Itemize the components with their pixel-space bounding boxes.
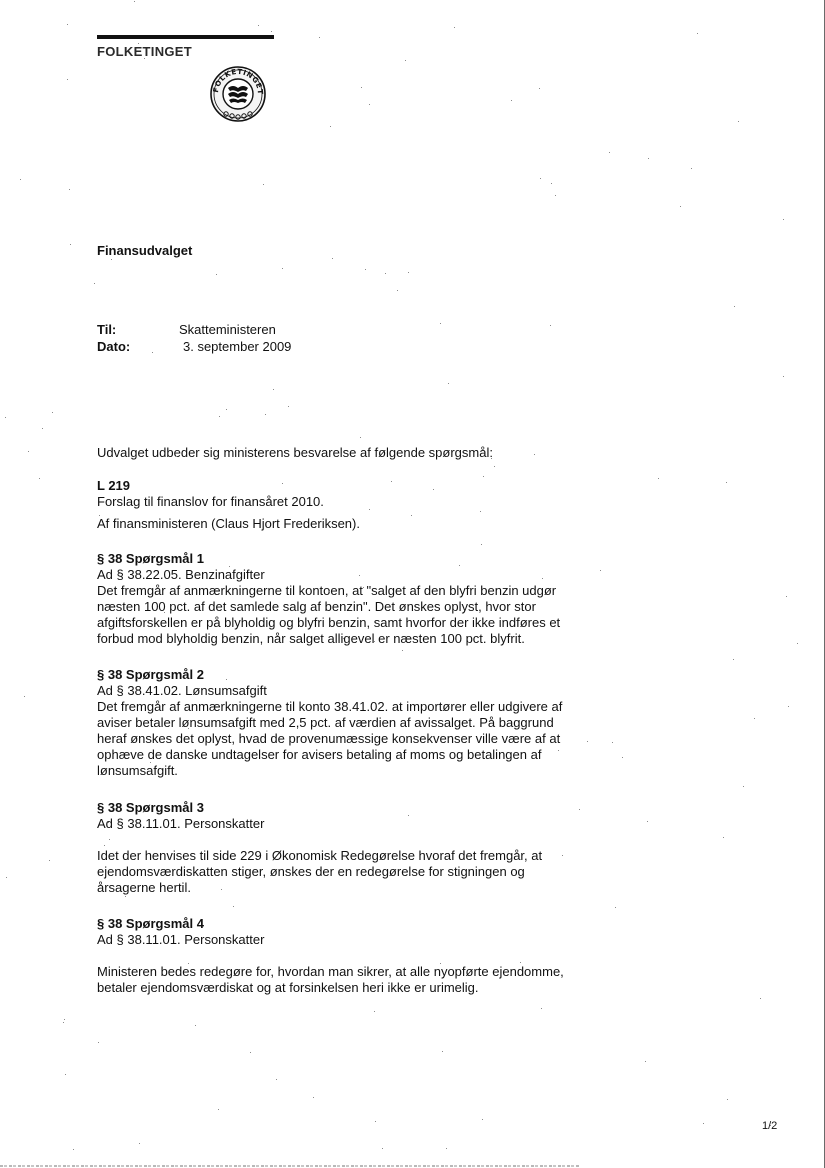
recipient-label: Til: <box>97 321 179 338</box>
scan-speck <box>680 206 681 207</box>
question-body: Ministeren bedes redegøre for, hvordan m… <box>97 964 577 996</box>
question-3: § 38 Spørgsmål 3 Ad § 38.11.01. Personsk… <box>97 800 577 896</box>
question-2: § 38 Spørgsmål 2 Ad § 38.41.02. Lønsumsa… <box>97 667 577 779</box>
scan-speck <box>727 1099 728 1100</box>
scan-speck <box>385 273 386 274</box>
scan-speck <box>788 706 789 707</box>
scan-speck <box>188 343 189 344</box>
question-title: § 38 Spørgsmål 3 <box>97 800 577 816</box>
scan-speck <box>540 178 541 179</box>
scan-speck <box>551 183 552 184</box>
date-value: 3. september 2009 <box>179 338 291 355</box>
scan-speck <box>365 269 366 270</box>
question-title: § 38 Spørgsmål 1 <box>97 551 577 567</box>
scan-speck <box>188 728 189 729</box>
scan-speck <box>164 612 165 613</box>
scan-speck <box>94 283 95 284</box>
scan-speck <box>271 31 272 32</box>
scan-speck <box>481 544 482 545</box>
scan-speck <box>69 189 70 190</box>
scan-speck <box>408 272 409 273</box>
scan-speck <box>65 1074 66 1075</box>
question-title: § 38 Spørgsmål 4 <box>97 916 577 932</box>
scan-speck <box>138 43 139 44</box>
scan-speck <box>648 158 649 159</box>
intro-text: Udvalget udbeder sig ministerens besvare… <box>97 445 493 460</box>
scan-speck <box>534 454 535 455</box>
bill-block: L 219 Forslag til finanslov for finansår… <box>97 478 360 532</box>
scan-speck <box>276 1079 277 1080</box>
scan-speck <box>70 244 71 245</box>
scan-speck <box>20 179 21 180</box>
scan-speck <box>221 889 222 890</box>
scan-speck <box>391 481 392 482</box>
scan-speck <box>783 376 784 377</box>
scan-speck <box>263 184 264 185</box>
scan-speck <box>369 104 370 105</box>
scan-speck <box>332 258 333 259</box>
scan-speck <box>104 845 105 846</box>
folketinget-seal-icon: FOLKETINGET <box>202 60 274 124</box>
scan-speck <box>440 963 441 964</box>
scan-speck <box>446 1148 447 1149</box>
question-4: § 38 Spørgsmål 4 Ad § 38.11.01. Personsk… <box>97 916 577 996</box>
scan-speck <box>329 591 330 592</box>
scan-speck <box>360 437 361 438</box>
scan-speck <box>258 25 259 26</box>
scan-speck <box>195 1025 196 1026</box>
scan-speck <box>273 389 274 390</box>
scan-speck <box>734 306 735 307</box>
scan-speck <box>555 195 556 196</box>
scan-speck <box>359 972 360 973</box>
document-page: FOLKETINGET FOLKETINGET Finansudva <box>0 0 825 1168</box>
scan-speck <box>770 1125 771 1126</box>
scan-speck <box>448 383 449 384</box>
scan-speck <box>697 33 698 34</box>
scan-speck <box>361 87 362 88</box>
letter-meta: Til: Skatteministeren Dato: 3. september… <box>97 321 291 355</box>
scan-speck <box>405 60 406 61</box>
scan-speck <box>226 409 227 410</box>
scan-speck <box>520 962 521 963</box>
scan-speck <box>370 857 371 858</box>
scan-speck <box>49 860 50 861</box>
bill-id: L 219 <box>97 478 360 494</box>
scan-speck <box>374 641 375 642</box>
scan-speck <box>39 478 40 479</box>
scan-speck <box>67 79 68 80</box>
scan-speck <box>98 1042 99 1043</box>
scan-speck <box>609 152 610 153</box>
scan-speck <box>402 650 403 651</box>
scan-speck <box>319 37 320 38</box>
bill-title: Forslag til finanslov for finansåret 201… <box>97 494 360 510</box>
scan-speck <box>541 1008 542 1009</box>
recipient-value: Skatteministeren <box>179 321 276 338</box>
scan-speck <box>374 1011 375 1012</box>
scan-speck <box>219 416 220 417</box>
scan-speck <box>691 168 692 169</box>
question-body: Idet der henvises til side 229 i Økonomi… <box>97 848 577 896</box>
page-number: 1/2 <box>762 1120 777 1132</box>
scan-speck <box>743 786 744 787</box>
scan-speck <box>562 855 563 856</box>
scan-speck <box>375 1121 376 1122</box>
scan-speck <box>442 1051 443 1052</box>
scan-speck <box>645 1061 646 1062</box>
scan-speck <box>24 696 25 697</box>
scan-speck <box>125 896 126 897</box>
scan-speck <box>511 100 512 101</box>
question-body: Det fremgår af anmærkningerne til konto … <box>97 699 577 779</box>
scan-speck <box>726 482 727 483</box>
scan-speck <box>6 877 7 878</box>
scan-speck <box>622 757 623 758</box>
scan-speck <box>440 323 441 324</box>
scan-speck <box>134 1 135 2</box>
scan-speck <box>313 1097 314 1098</box>
spacer <box>97 948 577 964</box>
question-subtitle: Ad § 38.22.05. Benzinafgifter <box>97 567 577 583</box>
scan-speck <box>152 352 153 353</box>
question-subtitle: Ad § 38.41.02. Lønsumsafgift <box>97 683 577 699</box>
scan-speck <box>542 578 543 579</box>
scan-speck <box>408 815 409 816</box>
scan-edge-bottom <box>0 1165 580 1167</box>
scan-speck <box>459 565 460 566</box>
scan-speck <box>99 515 100 516</box>
scan-speck <box>64 1019 65 1020</box>
scan-speck <box>5 417 6 418</box>
question-title: § 38 Spørgsmål 2 <box>97 667 577 683</box>
scan-speck <box>783 219 784 220</box>
scan-speck <box>723 837 724 838</box>
scan-speck <box>754 718 755 719</box>
scan-speck <box>483 476 484 477</box>
scan-speck <box>494 466 495 467</box>
question-1: § 38 Spørgsmål 1 Ad § 38.22.05. Benzinaf… <box>97 551 577 647</box>
scan-speck <box>144 58 145 59</box>
scan-speck <box>647 821 648 822</box>
scan-speck <box>250 1052 251 1053</box>
scan-speck <box>491 458 492 459</box>
scan-speck <box>433 489 434 490</box>
scan-speck <box>265 414 266 415</box>
scan-speck <box>587 741 588 742</box>
scan-speck <box>109 839 110 840</box>
scan-speck <box>282 268 283 269</box>
scan-speck <box>454 27 455 28</box>
scan-speck <box>188 963 189 964</box>
scan-speck <box>738 121 739 122</box>
scan-speck <box>363 587 364 588</box>
date-row: Dato: 3. september 2009 <box>97 338 291 355</box>
spacer <box>97 832 577 848</box>
scan-speck <box>359 575 360 576</box>
scan-speck <box>658 478 659 479</box>
scan-speck <box>797 643 798 644</box>
scan-speck <box>176 456 177 457</box>
bill-proposer: Af finansministeren (Claus Hjort Frederi… <box>97 516 360 532</box>
scan-speck <box>786 596 787 597</box>
scan-speck <box>102 920 103 921</box>
scan-speck <box>108 822 109 823</box>
scan-speck <box>282 483 283 484</box>
scan-speck <box>42 428 43 429</box>
committee-name: Finansudvalget <box>97 243 192 258</box>
scan-speck <box>482 1119 483 1120</box>
scan-speck <box>579 809 580 810</box>
scan-speck <box>139 1143 140 1144</box>
organization-name: FOLKETINGET <box>97 44 192 59</box>
recipient-row: Til: Skatteministeren <box>97 321 291 338</box>
scan-speck <box>600 570 601 571</box>
scan-speck <box>330 126 331 127</box>
scan-speck <box>288 406 289 407</box>
scan-speck <box>150 762 151 763</box>
scan-speck <box>67 24 68 25</box>
scan-speck <box>218 1109 219 1110</box>
scan-speck <box>558 750 559 751</box>
scan-speck <box>733 659 734 660</box>
scan-speck <box>111 259 112 260</box>
scan-speck <box>411 515 412 516</box>
scan-speck <box>28 451 29 452</box>
scan-speck <box>760 998 761 999</box>
scan-speck <box>226 679 227 680</box>
scan-speck <box>52 412 53 413</box>
scan-speck <box>612 742 613 743</box>
scan-speck <box>233 906 234 907</box>
scan-speck <box>190 858 191 859</box>
scan-speck <box>343 638 344 639</box>
scan-speck <box>63 1022 64 1023</box>
scan-speck <box>369 509 370 510</box>
scan-speck <box>480 511 481 512</box>
question-subtitle: Ad § 38.11.01. Personskatter <box>97 932 577 948</box>
scan-speck <box>216 274 217 275</box>
scan-speck <box>382 1148 383 1149</box>
scan-speck <box>397 290 398 291</box>
scan-speck <box>550 325 551 326</box>
question-subtitle: Ad § 38.11.01. Personskatter <box>97 816 577 832</box>
date-label: Dato: <box>97 338 179 355</box>
scan-speck <box>703 1123 704 1124</box>
scan-speck <box>229 566 230 567</box>
scan-speck <box>539 88 540 89</box>
letterhead-rule <box>97 35 274 39</box>
scan-speck <box>73 1149 74 1150</box>
question-body: Det fremgår af anmærkningerne til kontoe… <box>97 583 577 647</box>
scan-speck <box>615 907 616 908</box>
